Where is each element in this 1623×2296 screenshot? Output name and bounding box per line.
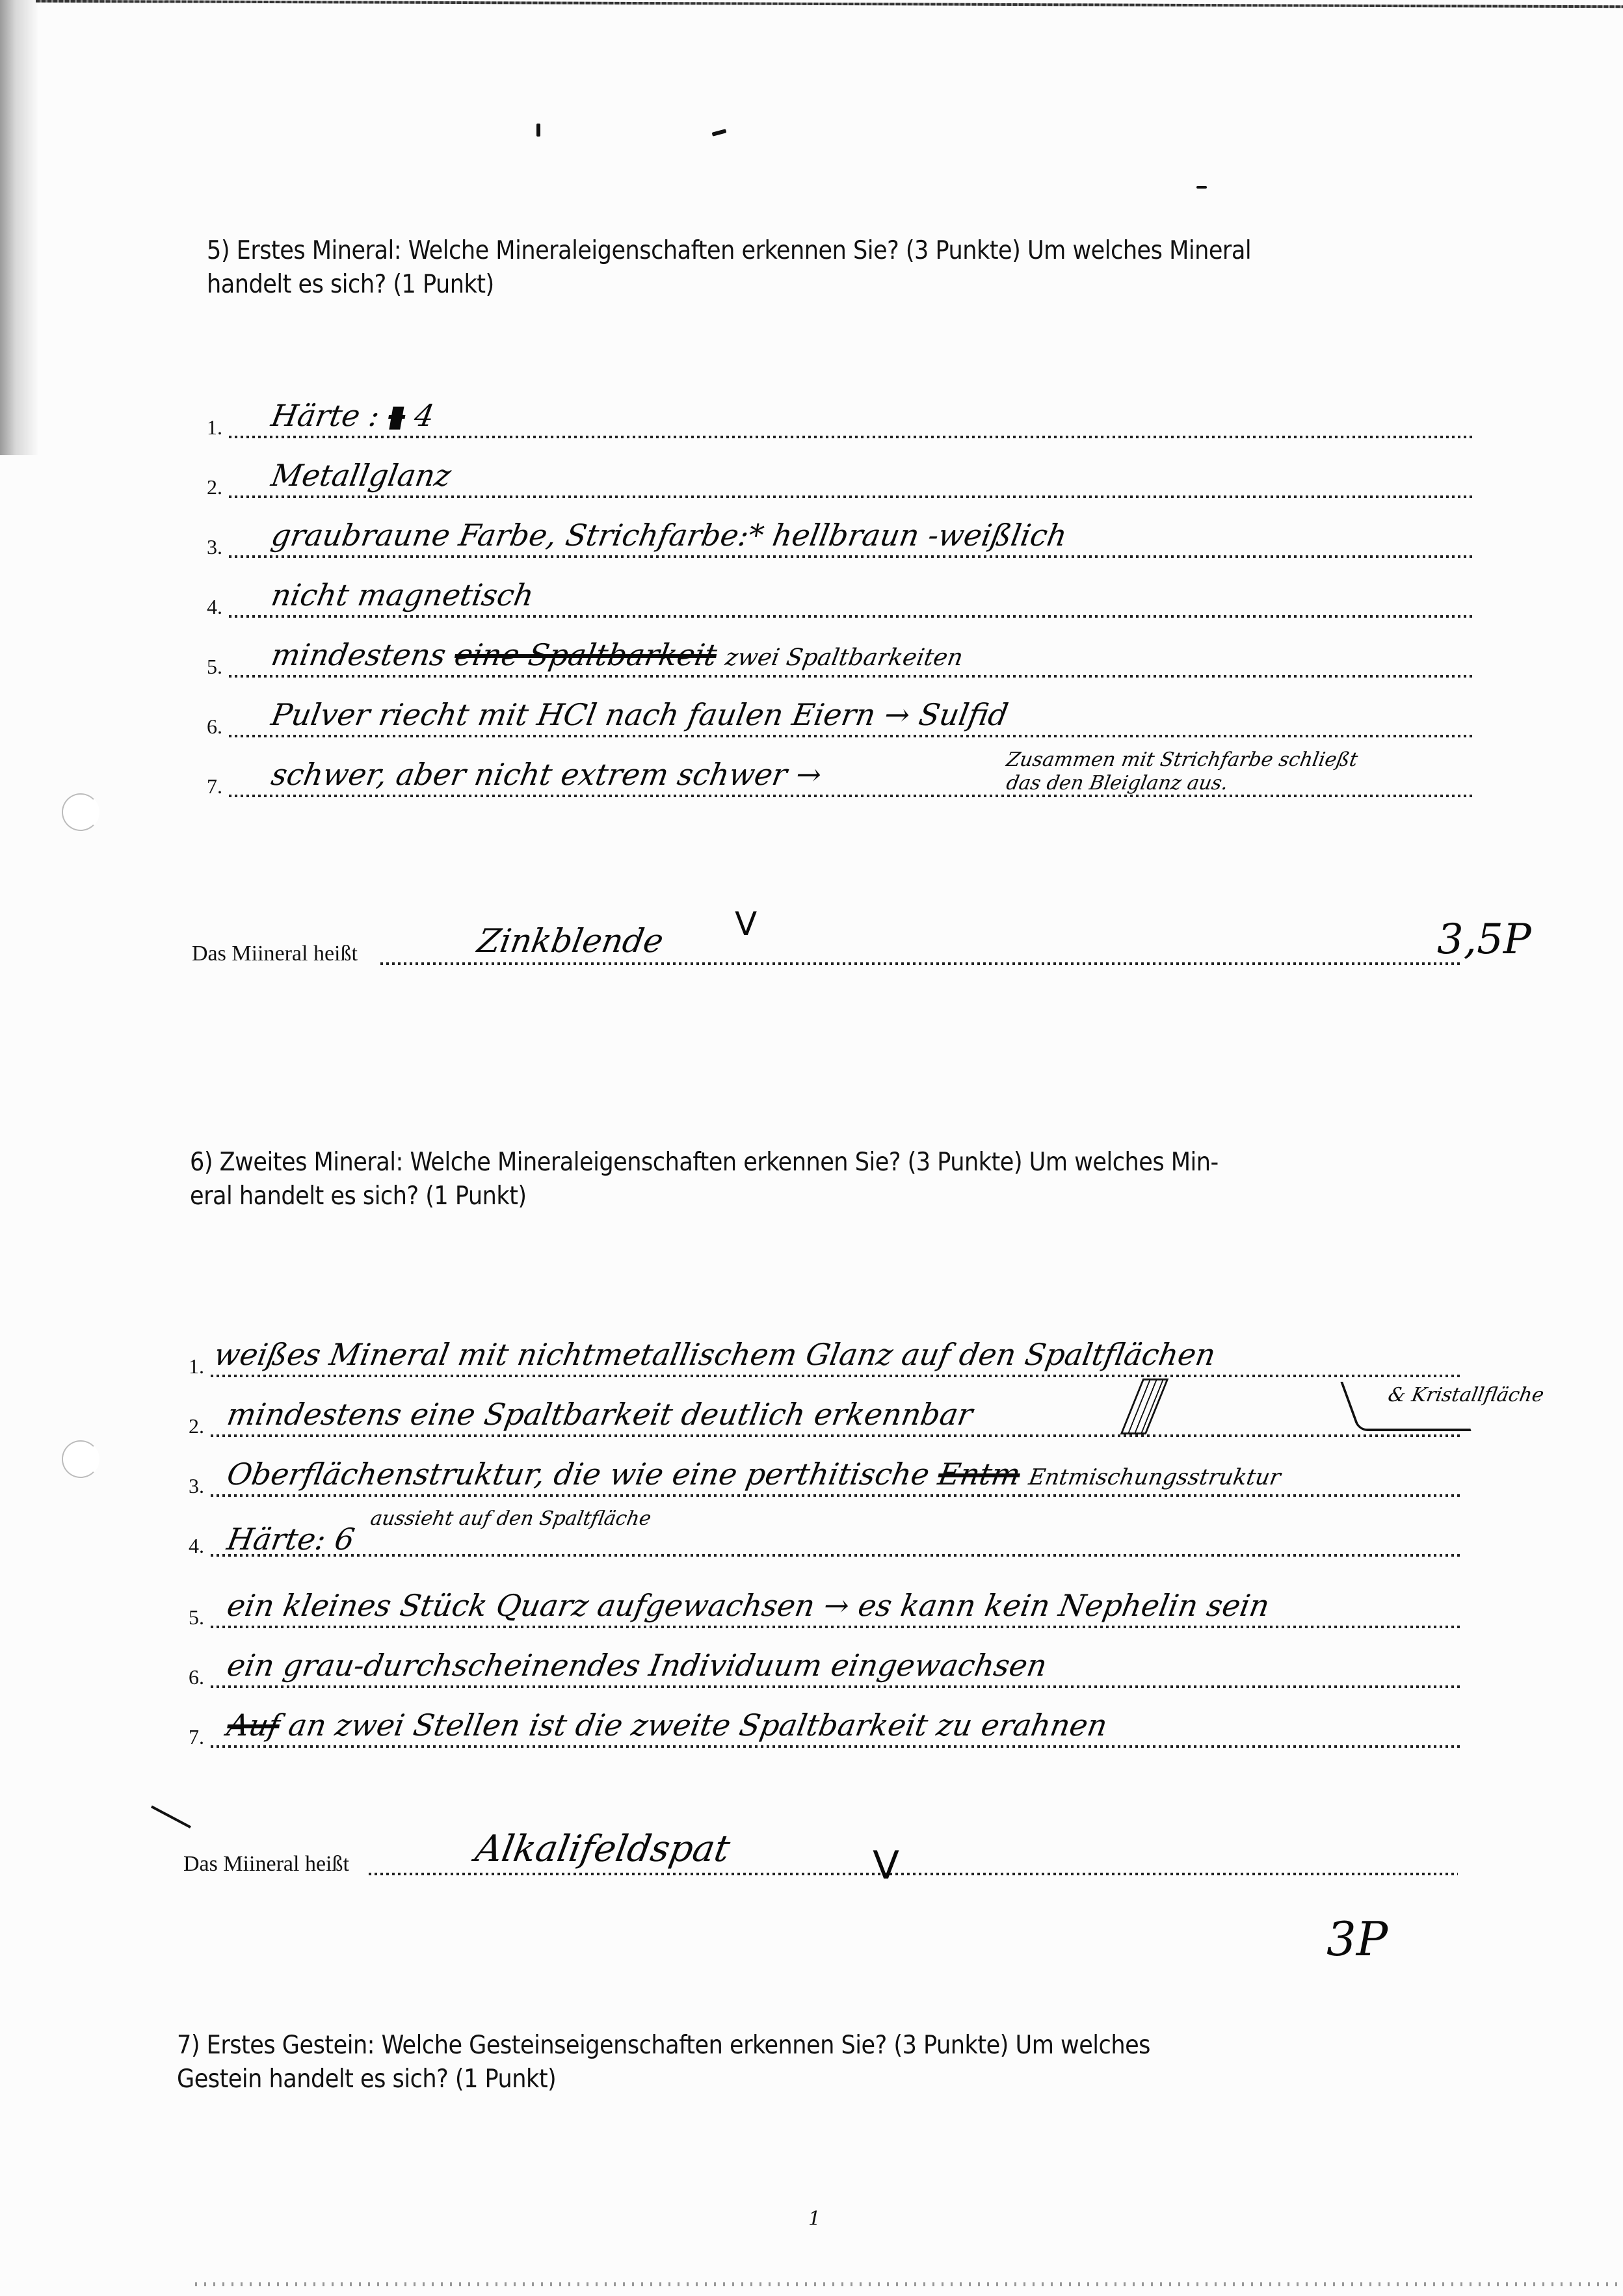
grader-score: 3P: [1326, 1912, 1388, 1966]
scanned-page: 5) Erstes Mineral: Welche Mineraleigensc…: [0, 0, 1623, 2296]
dotted-answer-line: [229, 675, 1475, 678]
answer-row: 3. Oberflächenstruktur, die wie eine per…: [189, 1442, 1463, 1501]
struck-out-text: eine Spaltbarkeit: [452, 637, 720, 672]
handwritten-answer: nicht magnetisch: [269, 577, 536, 613]
scan-speck: [536, 124, 540, 137]
dotted-answer-line: [229, 735, 1475, 737]
scan-speck: [712, 129, 727, 136]
answer-number: 1.: [207, 416, 222, 440]
answer-row: 6. Pulver riecht mit HCl nach faulen Eie…: [207, 683, 1475, 741]
answer-row: 4. nicht magnetisch: [207, 563, 1475, 622]
handwritten-answer: Härte: 6: [224, 1522, 357, 1557]
dotted-answer-line: [229, 436, 1475, 438]
dotted-answer-line: [211, 1494, 1463, 1497]
dotted-answer-line: [229, 795, 1475, 797]
handwritten-note: das den Bleiglanz aus.: [1005, 772, 1230, 795]
scan-speck: [1196, 186, 1207, 189]
handwritten-answer: Härte :: [269, 398, 392, 433]
handwritten-mineral-name: Zinkblende: [475, 922, 666, 960]
punch-hole: [62, 1440, 99, 1478]
dotted-answer-line: [380, 962, 1460, 965]
answer-number: 6.: [189, 1665, 204, 1689]
handwritten-mineral-name: Alkalifeldspat: [472, 1828, 733, 1870]
grader-check-mark: V: [873, 1843, 899, 1888]
handwritten-answer: weißes Mineral mit nichtmetallischem Gla…: [211, 1337, 1218, 1372]
answer-row: 3. graubraune Farbe, Strichfarbe:* hellb…: [207, 503, 1475, 562]
handwritten-answer: schwer, aber nicht extrem schwer →: [269, 757, 825, 792]
question-prompt-line: handelt es sich? (1 Punkt): [207, 268, 1507, 302]
answer-number: 2.: [207, 475, 222, 499]
mineral-name-label: Das Miineral heißt: [183, 1852, 349, 1877]
answer-number: 2.: [189, 1414, 204, 1438]
dotted-answer-line: [229, 615, 1475, 618]
handwritten-answer: graubraune Farbe, Strichfarbe:* hellbrau…: [269, 518, 1070, 553]
handwritten-answer: Entmischungsstruktur: [1027, 1464, 1283, 1490]
punch-hole: [62, 793, 99, 831]
handwritten-answer: Pulver riecht mit HCl nach faulen Eiern …: [269, 697, 1010, 732]
question-prompt-line: eral handelt es sich? (1 Punkt): [190, 1180, 1490, 1213]
handwritten-answer: 4: [412, 398, 437, 433]
handwritten-answer: Metallglanz: [269, 458, 454, 493]
answer-row: 5. ein kleines Stück Quarz aufgewachsen …: [189, 1574, 1463, 1632]
dotted-answer-line: [211, 1434, 1463, 1437]
answer-row: 2. Metallglanz: [207, 443, 1475, 502]
answer-number: 6.: [207, 715, 222, 739]
handwritten-answer: mindestens eine Spaltbarkeit deutlich er…: [224, 1397, 975, 1432]
answer-number: 4.: [207, 595, 222, 619]
dotted-answer-line: [229, 495, 1475, 498]
handwritten-answer: an zwei Stellen ist die zweite Spaltbark…: [286, 1708, 1110, 1743]
top-scan-edge: [36, 0, 1623, 8]
handwritten-answer: ein kleines Stück Quarz aufgewachsen → e…: [224, 1588, 1272, 1623]
handwritten-answer: ein grau-durchscheinendes Individuum ein…: [224, 1648, 1049, 1683]
question-prompt-line: 6) Zweites Mineral: Welche Mineraleigens…: [190, 1146, 1490, 1180]
answer-number: 4.: [189, 1534, 204, 1558]
question-7-prompt: 7) Erstes Gestein: Welche Gesteinseigens…: [177, 2029, 1477, 2096]
dotted-answer-line: [229, 555, 1475, 558]
mineral-name-row: Das Miineral heißt Alkalifeldspat V: [183, 1821, 1458, 1879]
mineral-name-label: Das Miineral heißt: [192, 942, 358, 966]
answer-number: 3.: [189, 1474, 204, 1498]
mineral-name-row: Das Miineral heißt Zinkblende V: [192, 910, 1460, 969]
handwritten-note: Zusammen mit Strichfarbe schließt: [1005, 748, 1360, 771]
dotted-answer-line: [211, 1626, 1463, 1628]
handwritten-answer: zwei Spaltbarkeiten: [723, 644, 965, 671]
dotted-answer-line: [211, 1685, 1463, 1688]
handwritten-answer: Oberflächenstruktur, die wie eine perthi…: [224, 1457, 932, 1492]
answer-row: 1. weißes Mineral mit nichtmetallischem …: [189, 1323, 1463, 1381]
answer-number: 5.: [207, 655, 222, 679]
answer-row: 2. mindestens eine Spaltbarkeit deutlich…: [189, 1382, 1463, 1441]
bottom-scan-edge: [195, 2282, 1619, 2286]
answer-number: 3.: [207, 535, 222, 559]
answer-row: 1. Härte : ▮ 4: [207, 384, 1475, 442]
answer-row: 4. Härte: 6: [189, 1502, 1463, 1561]
crystal-sketch-icon: [1120, 1379, 1169, 1434]
scan-edge-shadow: [0, 0, 39, 455]
answer-number: 5.: [189, 1605, 204, 1630]
question-6-prompt: 6) Zweites Mineral: Welche Mineraleigens…: [190, 1146, 1490, 1213]
answer-row: 7. Auf an zwei Stellen ist die zweite Sp…: [189, 1693, 1463, 1752]
struck-out-text: Auf: [224, 1708, 282, 1743]
dotted-answer-line: [211, 1745, 1463, 1748]
dotted-answer-line: [369, 1873, 1458, 1875]
question-5-prompt: 5) Erstes Mineral: Welche Mineraleigensc…: [207, 234, 1507, 302]
dotted-answer-line: [211, 1375, 1463, 1377]
answer-row: 6. ein grau-durchscheinendes Individuum …: [189, 1633, 1463, 1692]
struck-out-text: Entm: [936, 1457, 1023, 1492]
answer-row: 7. schwer, aber nicht extrem schwer → Zu…: [207, 743, 1475, 801]
handwritten-answer: mindestens: [269, 637, 449, 672]
question-prompt-line: 7) Erstes Gestein: Welche Gesteinseigens…: [177, 2029, 1477, 2063]
dotted-answer-line: [211, 1554, 1463, 1557]
grader-score: 3,5P: [1437, 916, 1531, 964]
answer-number: 7.: [207, 774, 222, 798]
page-marker: 1: [808, 2208, 821, 2230]
question-prompt-line: Gestein handelt es sich? (1 Punkt): [177, 2063, 1477, 2096]
question-prompt-line: 5) Erstes Mineral: Welche Mineraleigensc…: [207, 234, 1507, 268]
answer-row: 5. mindestens eine Spaltbarkeit zwei Spa…: [207, 623, 1475, 681]
answer-number: 1.: [189, 1354, 204, 1379]
grader-check-mark: V: [735, 905, 757, 943]
answer-number: 7.: [189, 1725, 204, 1749]
